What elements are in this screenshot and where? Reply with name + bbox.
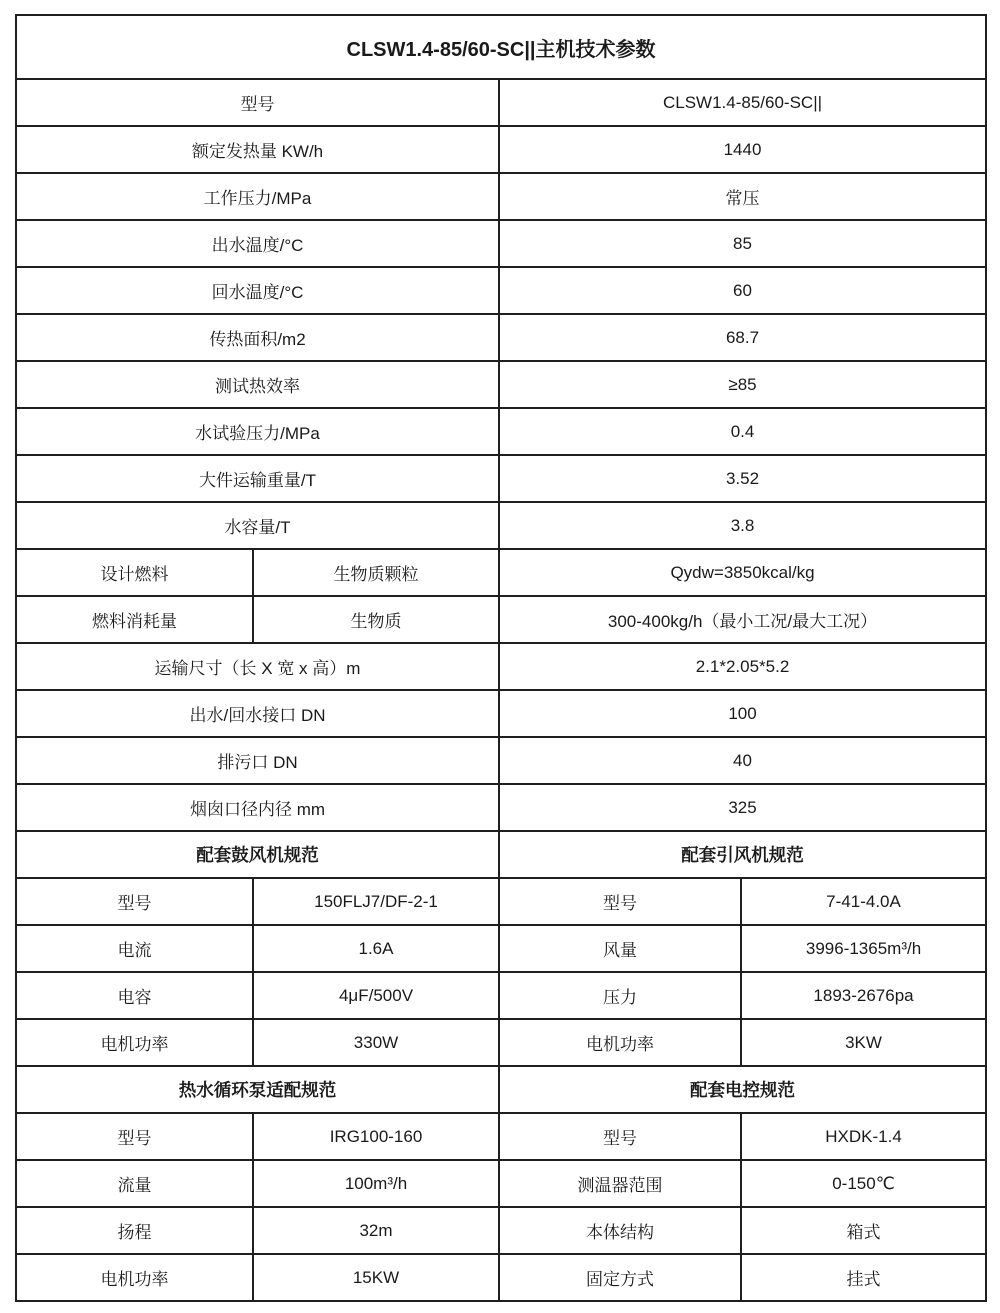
param-value-cell: IRG100-160 [253, 1113, 499, 1160]
param-value-cell: 100m³/h [253, 1160, 499, 1207]
param-value-cell: 1.6A [253, 925, 499, 972]
spec-table: CLSW1.4-85/60-SC||主机技术参数型号CLSW1.4-85/60-… [15, 14, 987, 1302]
table-row: 设计燃料生物质颗粒Qydw=3850kcal/kg [16, 549, 986, 596]
table-row: 工作压力/MPa常压 [16, 173, 986, 220]
param-value-cell: 箱式 [741, 1207, 986, 1254]
table-row: 电容4μF/500V压力1893-2676pa [16, 972, 986, 1019]
param-label-cell: 工作压力/MPa [16, 173, 499, 220]
param-value-cell: ≥85 [499, 361, 986, 408]
param-label-cell: 出水/回水接口 DN [16, 690, 499, 737]
param-label-cell: 风量 [499, 925, 741, 972]
param-label-cell: 电流 [16, 925, 253, 972]
param-value-cell: 325 [499, 784, 986, 831]
param-value-cell: 1893-2676pa [741, 972, 986, 1019]
section-header-cell: 配套电控规范 [499, 1066, 986, 1113]
table-row: 大件运输重量/T3.52 [16, 455, 986, 502]
param-value-cell: 3.52 [499, 455, 986, 502]
table-row: 电流1.6A风量3996-1365m³/h [16, 925, 986, 972]
table-row: 燃料消耗量生物质300-400kg/h（最小工况/最大工况） [16, 596, 986, 643]
table-row: 电机功率330W电机功率3KW [16, 1019, 986, 1066]
table-row: 烟囱口径内径 mm325 [16, 784, 986, 831]
param-label-cell: 电容 [16, 972, 253, 1019]
param-value-cell: 15KW [253, 1254, 499, 1301]
param-label-cell: 排污口 DN [16, 737, 499, 784]
table-row: CLSW1.4-85/60-SC||主机技术参数 [16, 15, 986, 79]
param-sublabel-cell: 生物质 [253, 596, 499, 643]
param-value-cell: 4μF/500V [253, 972, 499, 1019]
param-label-cell: 电机功率 [499, 1019, 741, 1066]
param-value-cell: 40 [499, 737, 986, 784]
table-row: 水试验压力/MPa0.4 [16, 408, 986, 455]
param-label-cell: 烟囱口径内径 mm [16, 784, 499, 831]
table-row: 热水循环泵适配规范配套电控规范 [16, 1066, 986, 1113]
param-value-cell: 68.7 [499, 314, 986, 361]
table-title: CLSW1.4-85/60-SC||主机技术参数 [16, 15, 986, 79]
param-value-cell: Qydw=3850kcal/kg [499, 549, 986, 596]
param-value-cell: 2.1*2.05*5.2 [499, 643, 986, 690]
table-row: 额定发热量 KW/h1440 [16, 126, 986, 173]
param-label-cell: 固定方式 [499, 1254, 741, 1301]
table-row: 电机功率15KW固定方式挂式 [16, 1254, 986, 1301]
param-value-cell: 100 [499, 690, 986, 737]
param-label-cell: 设计燃料 [16, 549, 253, 596]
table-row: 型号150FLJ7/DF-2-1型号7-41-4.0A [16, 878, 986, 925]
param-label-cell: 型号 [499, 1113, 741, 1160]
table-row: 出水温度/°C85 [16, 220, 986, 267]
table-row: 型号IRG100-160型号HXDK-1.4 [16, 1113, 986, 1160]
table-row: 出水/回水接口 DN100 [16, 690, 986, 737]
table-row: 配套鼓风机规范配套引风机规范 [16, 831, 986, 878]
table-row: 排污口 DN40 [16, 737, 986, 784]
param-label-cell: 水容量/T [16, 502, 499, 549]
table-row: 水容量/T3.8 [16, 502, 986, 549]
param-label-cell: 回水温度/°C [16, 267, 499, 314]
param-value-cell: 3KW [741, 1019, 986, 1066]
table-row: 流量100m³/h测温器范围0-150℃ [16, 1160, 986, 1207]
param-value-cell: 挂式 [741, 1254, 986, 1301]
param-label-cell: 电机功率 [16, 1254, 253, 1301]
param-label-cell: 流量 [16, 1160, 253, 1207]
param-label-cell: 电机功率 [16, 1019, 253, 1066]
param-label-cell: 燃料消耗量 [16, 596, 253, 643]
table-row: 测试热效率≥85 [16, 361, 986, 408]
table-row: 运输尺寸（长 X 宽 x 高）m2.1*2.05*5.2 [16, 643, 986, 690]
param-value-cell: 330W [253, 1019, 499, 1066]
param-label-cell: 测试热效率 [16, 361, 499, 408]
param-value-cell: 60 [499, 267, 986, 314]
section-header-cell: 配套引风机规范 [499, 831, 986, 878]
param-label-cell: 传热面积/m2 [16, 314, 499, 361]
param-value-cell: 0.4 [499, 408, 986, 455]
param-value-cell: CLSW1.4-85/60-SC|| [499, 79, 986, 126]
param-label-cell: 型号 [499, 878, 741, 925]
param-label-cell: 压力 [499, 972, 741, 1019]
param-label-cell: 扬程 [16, 1207, 253, 1254]
param-value-cell: 3.8 [499, 502, 986, 549]
table-row: 型号CLSW1.4-85/60-SC|| [16, 79, 986, 126]
table-row: 回水温度/°C60 [16, 267, 986, 314]
param-label-cell: 水试验压力/MPa [16, 408, 499, 455]
spec-table-body: CLSW1.4-85/60-SC||主机技术参数型号CLSW1.4-85/60-… [16, 15, 986, 1301]
table-row: 传热面积/m268.7 [16, 314, 986, 361]
param-value-cell: 常压 [499, 173, 986, 220]
section-header-cell: 配套鼓风机规范 [16, 831, 499, 878]
section-header-cell: 热水循环泵适配规范 [16, 1066, 499, 1113]
param-label-cell: 额定发热量 KW/h [16, 126, 499, 173]
param-value-cell: 150FLJ7/DF-2-1 [253, 878, 499, 925]
param-label-cell: 测温器范围 [499, 1160, 741, 1207]
param-label-cell: 型号 [16, 79, 499, 126]
param-label-cell: 运输尺寸（长 X 宽 x 高）m [16, 643, 499, 690]
param-label-cell: 型号 [16, 1113, 253, 1160]
param-value-cell: 0-150℃ [741, 1160, 986, 1207]
param-sublabel-cell: 生物质颗粒 [253, 549, 499, 596]
table-row: 扬程32m本体结构箱式 [16, 1207, 986, 1254]
param-label-cell: 本体结构 [499, 1207, 741, 1254]
param-value-cell: 32m [253, 1207, 499, 1254]
param-label-cell: 大件运输重量/T [16, 455, 499, 502]
param-value-cell: 7-41-4.0A [741, 878, 986, 925]
param-value-cell: 85 [499, 220, 986, 267]
param-label-cell: 型号 [16, 878, 253, 925]
param-value-cell: 1440 [499, 126, 986, 173]
param-value-cell: 3996-1365m³/h [741, 925, 986, 972]
param-value-cell: HXDK-1.4 [741, 1113, 986, 1160]
param-value-cell: 300-400kg/h（最小工况/最大工况） [499, 596, 986, 643]
param-label-cell: 出水温度/°C [16, 220, 499, 267]
